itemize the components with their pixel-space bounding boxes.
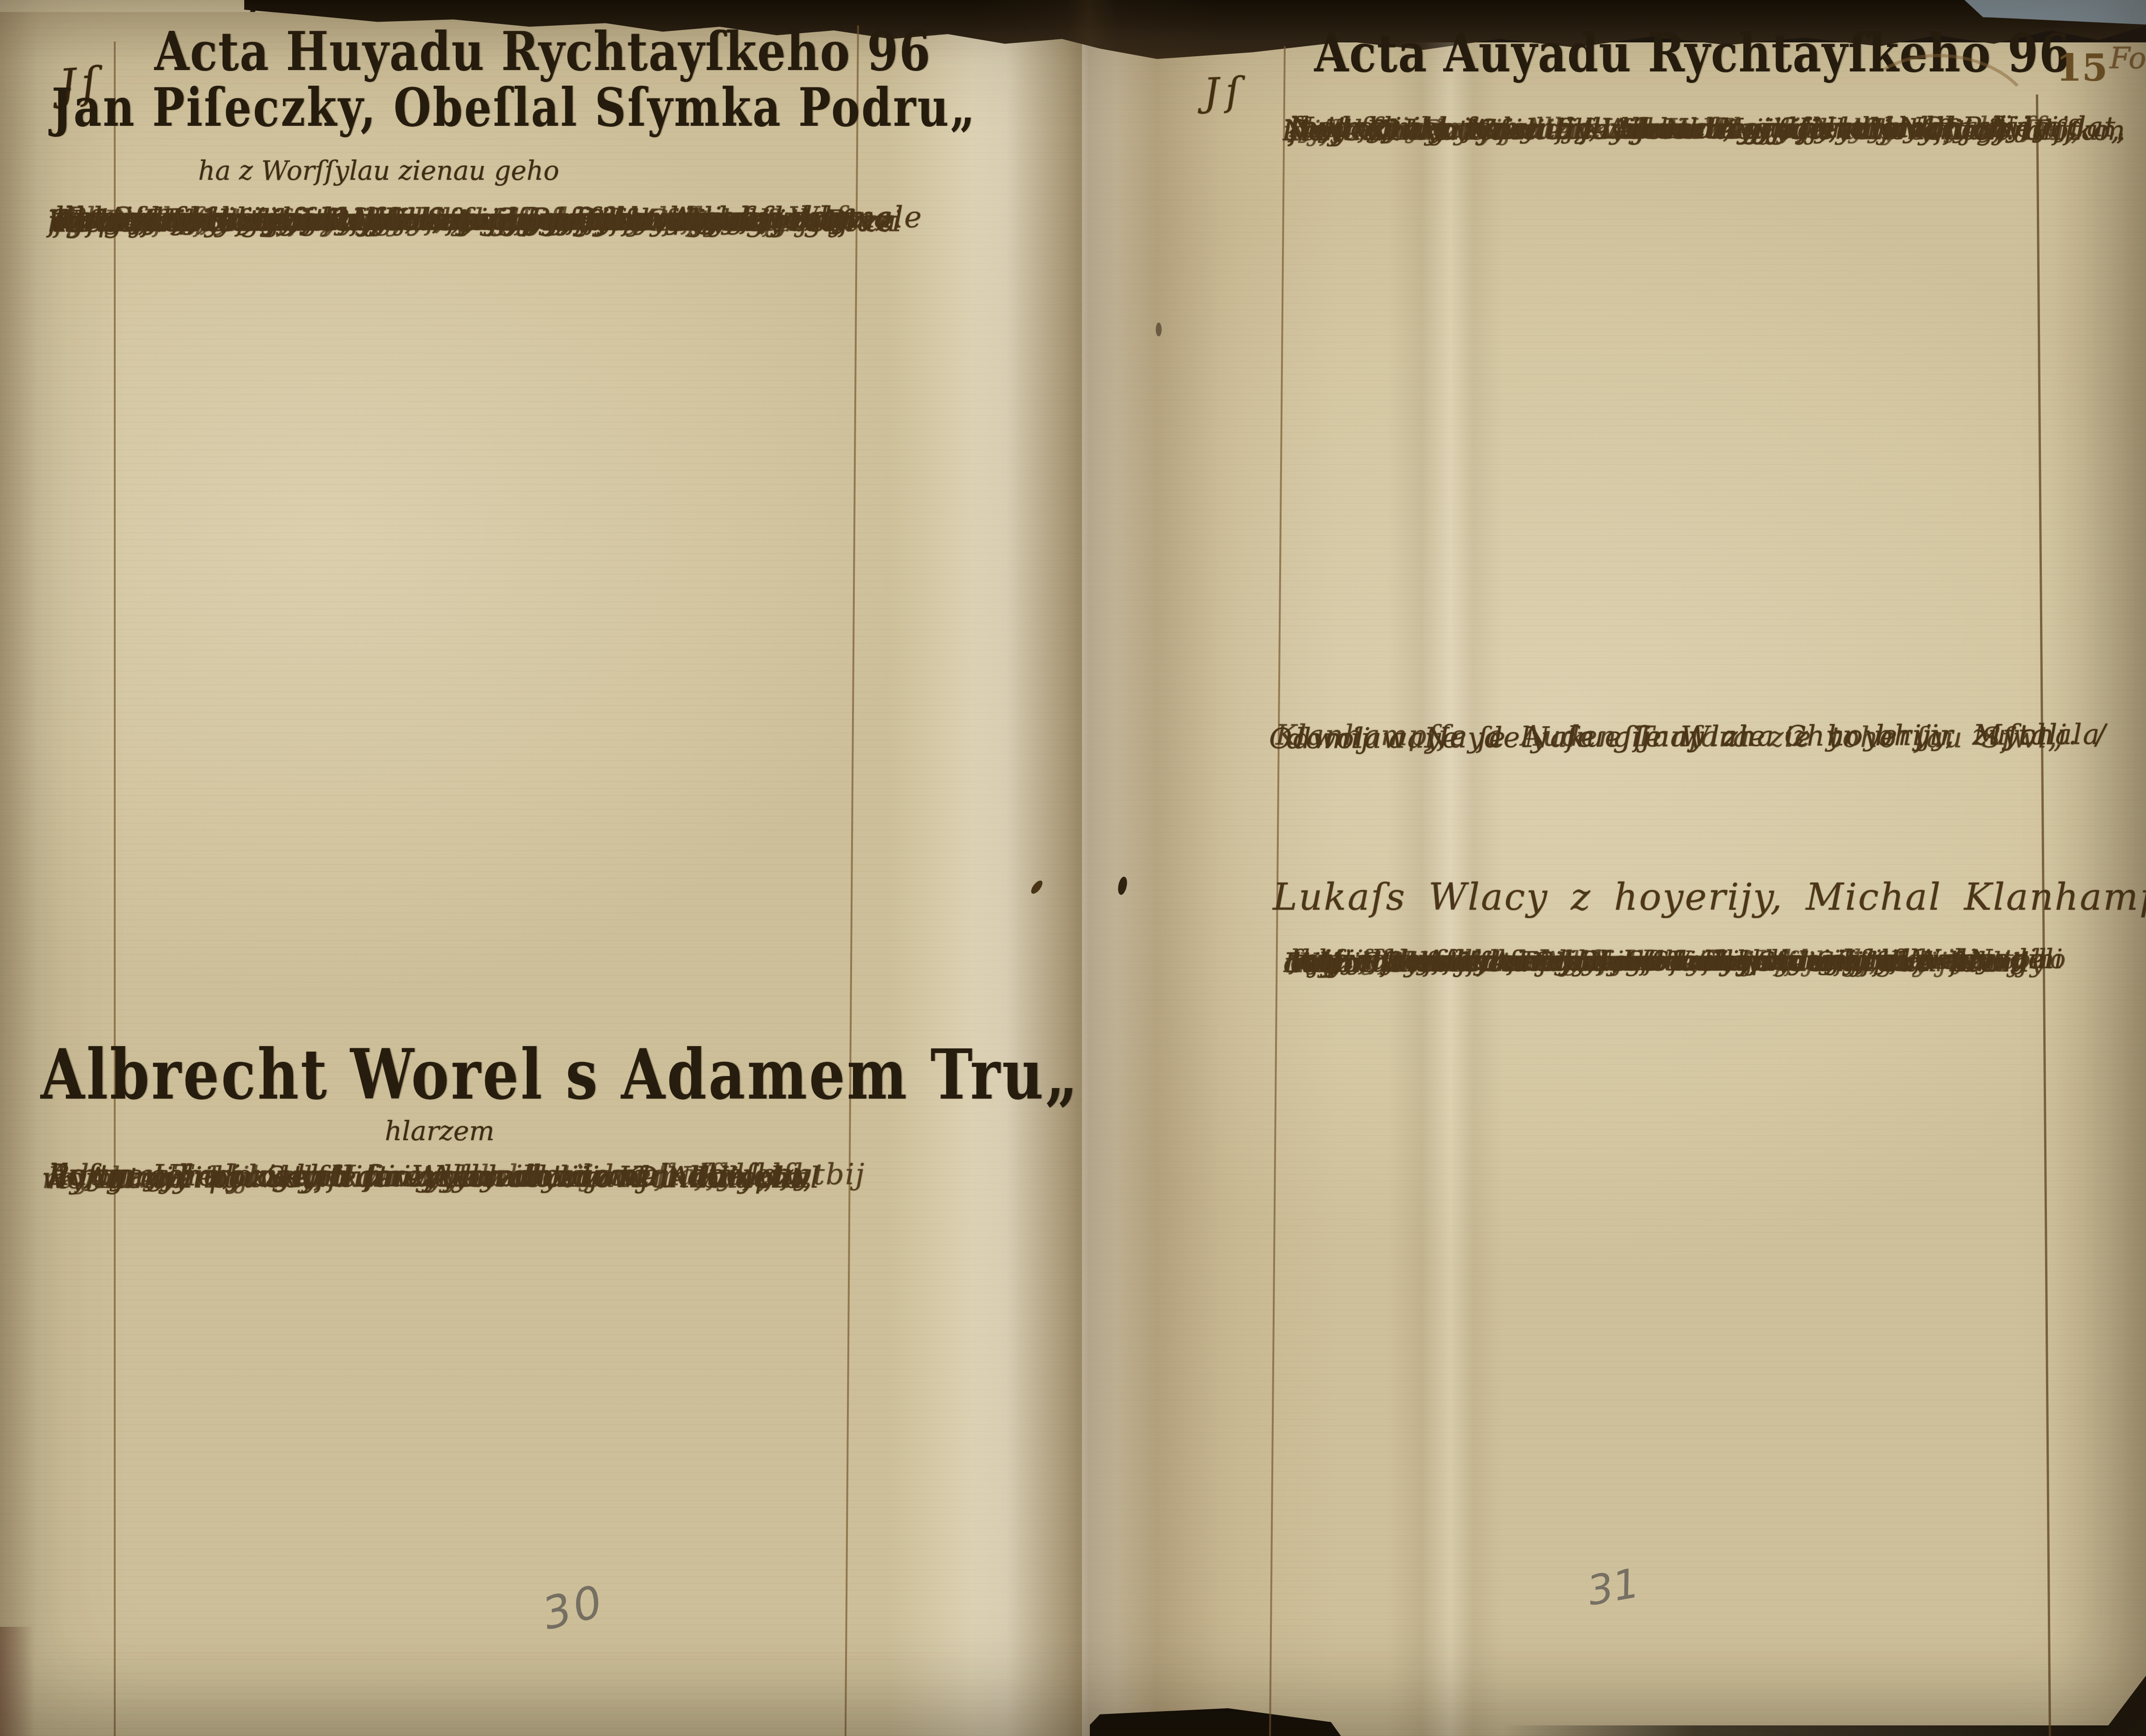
left-page-section-heading: Albrecht Worel s Adamem Tru„: [41, 1034, 1080, 1115]
right-page-paragraph3-heading: Lukaſs Wlacy z hoyerijy, Michal Klanhamp…: [1273, 876, 2146, 918]
manuscript-line: domij a Naydely ſe gijnay zie Chyr bhyir…: [1287, 706, 2107, 766]
left-page-subheader: ha z Worſſylau zienau geho: [198, 156, 559, 186]
left-page-header-line2: Jan Piſeczky, Obeſlal Sſymka Podru„: [52, 77, 976, 138]
left-page-section-heading-sub: hlarzem: [385, 1115, 494, 1147]
manuscript-line: dowezky koveygl Acta ut ſupra: [54, 193, 575, 247]
manuscript-line: ſlayen, krotoz zie ſe genu Nerudiele uyz…: [1289, 100, 2126, 159]
manuscript-line: Indra taxſar dal z Sſraren zie ho adam W…: [1284, 937, 2007, 985]
left-page: [0, 12, 1082, 1736]
left-page-header-line1: Acta Huyadu Rychtayſkeho 96: [154, 20, 931, 83]
folio-suffix: Fo: [2110, 41, 2146, 76]
wormhole-speck: [1156, 323, 1162, 336]
left-page-left-margin-line: [114, 41, 116, 1736]
bottom-left-corner-shadow: [0, 1627, 34, 1736]
folio-number: 15: [2056, 46, 2107, 89]
right-page-margin-mark: Jſ: [1203, 68, 1247, 115]
gutter-shadow: [972, 0, 1221, 1736]
right-page-pencil-number: 31: [1584, 1559, 1643, 1615]
manuscript-line: Puym Uherj retom zi genu adamovij Albrac…: [48, 1152, 803, 1201]
manuscript-scan: ſ t l ſ l l ſ t l Jſ Acta Huyadu Rychtay…: [0, 0, 2146, 1736]
